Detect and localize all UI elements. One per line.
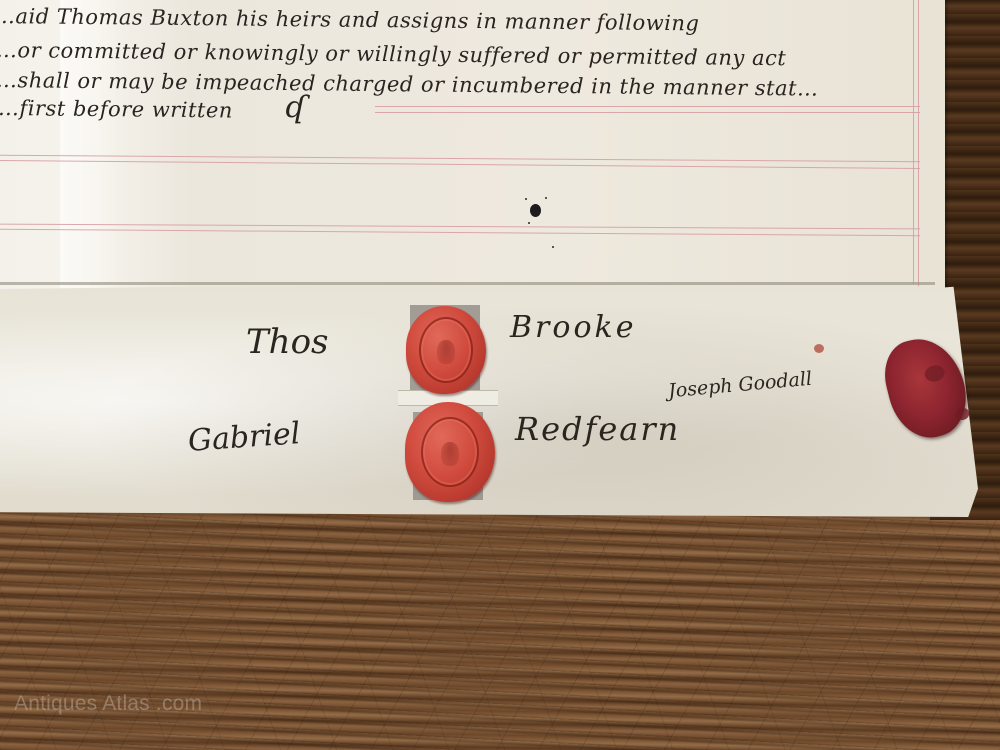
- wax-seal-upper: [406, 306, 486, 394]
- signature-thos: Thos: [246, 322, 329, 362]
- wax-drip: [814, 344, 824, 353]
- ink-speck: [552, 246, 554, 248]
- ink-speck: [545, 197, 547, 199]
- ink-speck: [528, 222, 530, 224]
- end-flourish-mark: ʠ: [285, 90, 306, 125]
- ruling-line: [375, 112, 920, 113]
- cameo-bust-icon: [437, 340, 455, 364]
- seal-fragment: [923, 363, 946, 383]
- wax-seal-lower: [405, 402, 495, 502]
- signature-brooke: Brooke: [510, 310, 636, 345]
- watermark: Antiques Atlas .com: [14, 692, 202, 716]
- ruling-line: [0, 229, 920, 236]
- ink-speck: [525, 198, 527, 200]
- signature-redfearn: Redfearn: [515, 410, 680, 448]
- ruling-line: [0, 160, 920, 169]
- ruling-line: [0, 224, 920, 230]
- cameo-bust-icon: [441, 442, 459, 466]
- document-text-line-4: …first before written: [0, 96, 278, 123]
- parchment-page: …aid Thomas Buxton his heirs and assigns…: [0, 0, 945, 300]
- margin-line: [918, 0, 919, 290]
- strip-fold-edge: [0, 282, 935, 285]
- margin-line: [913, 0, 914, 290]
- ruling-line: [375, 106, 920, 107]
- ink-blot: [530, 204, 541, 217]
- document-text-line-3: …shall or may be impeached charged or in…: [0, 68, 819, 101]
